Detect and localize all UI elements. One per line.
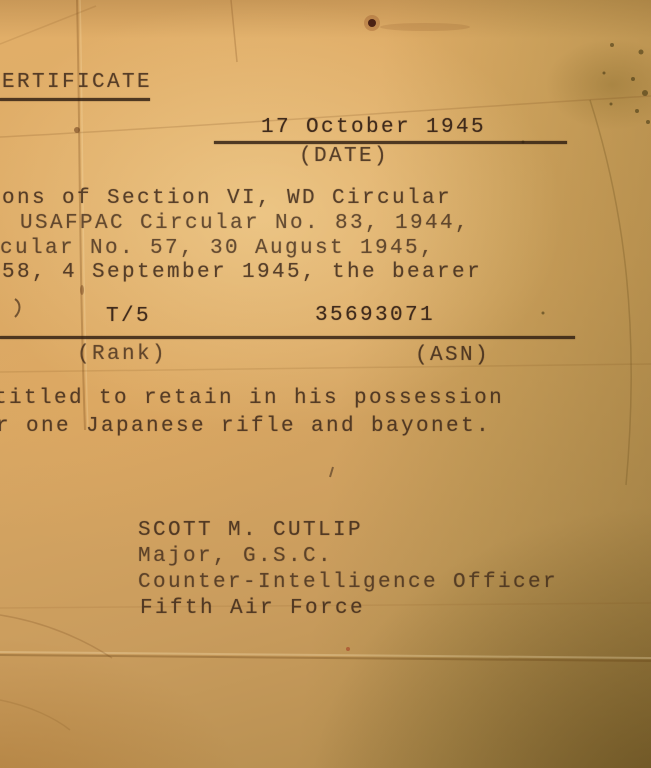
signatory-unit: Fifth Air Force (140, 597, 365, 621)
entitlement-line: r one Japanese rifle and bayonet. (0, 415, 491, 439)
rank-asn-underline (0, 336, 575, 339)
fold-crease-bottom (0, 655, 651, 661)
asn-value: 35693071 (315, 304, 435, 328)
smudge-streak (380, 23, 470, 31)
burn-spot (368, 19, 376, 27)
paper-specks (522, 43, 651, 315)
signatory-position: Counter-Intelligence Officer (138, 571, 558, 595)
rank-label: (Rank) (77, 343, 167, 367)
fold-crease-bottom-highlight (0, 652, 651, 658)
body-line: ons of Section VI, WD Circular (2, 187, 452, 211)
rank-value: T/5 (106, 305, 151, 329)
fold-crease-right-curve (590, 100, 631, 485)
body-line: USAFPAC Circular No. 83, 1944, (20, 212, 470, 236)
date-label: (DATE) (299, 145, 389, 169)
signatory-name: SCOTT M. CUTLIP (138, 519, 363, 543)
fold-crease-topleft (0, 6, 96, 44)
fold-crease-bottomleft (0, 615, 112, 658)
body-line: cular No. 57, 30 August 1945, (0, 237, 435, 261)
signatory-rank: Major, G.S.C. (138, 545, 333, 569)
stray-pen-mark (15, 299, 20, 317)
body-line: 58, 4 September 1945, the bearer (2, 261, 482, 285)
fold-crease-bottomleft-2 (0, 700, 70, 730)
date-value: 17 October 1945 (261, 116, 486, 140)
title-underline (0, 98, 150, 101)
document-photo: ERTIFICATE 17 October 1945 (DATE) ons of… (0, 0, 651, 768)
burn-spot-halo (364, 15, 380, 31)
date-underline (214, 141, 567, 144)
stray-tick-mark (330, 467, 333, 477)
red-speck (346, 647, 350, 651)
fold-crease-top (231, 0, 237, 62)
crease-dark-spot (74, 127, 80, 133)
certificate-title: ERTIFICATE (2, 71, 152, 95)
entitlement-line: titled to retain in his possession (0, 387, 504, 411)
crease-dark-spot (80, 285, 84, 295)
asn-label: (ASN) (415, 344, 490, 368)
